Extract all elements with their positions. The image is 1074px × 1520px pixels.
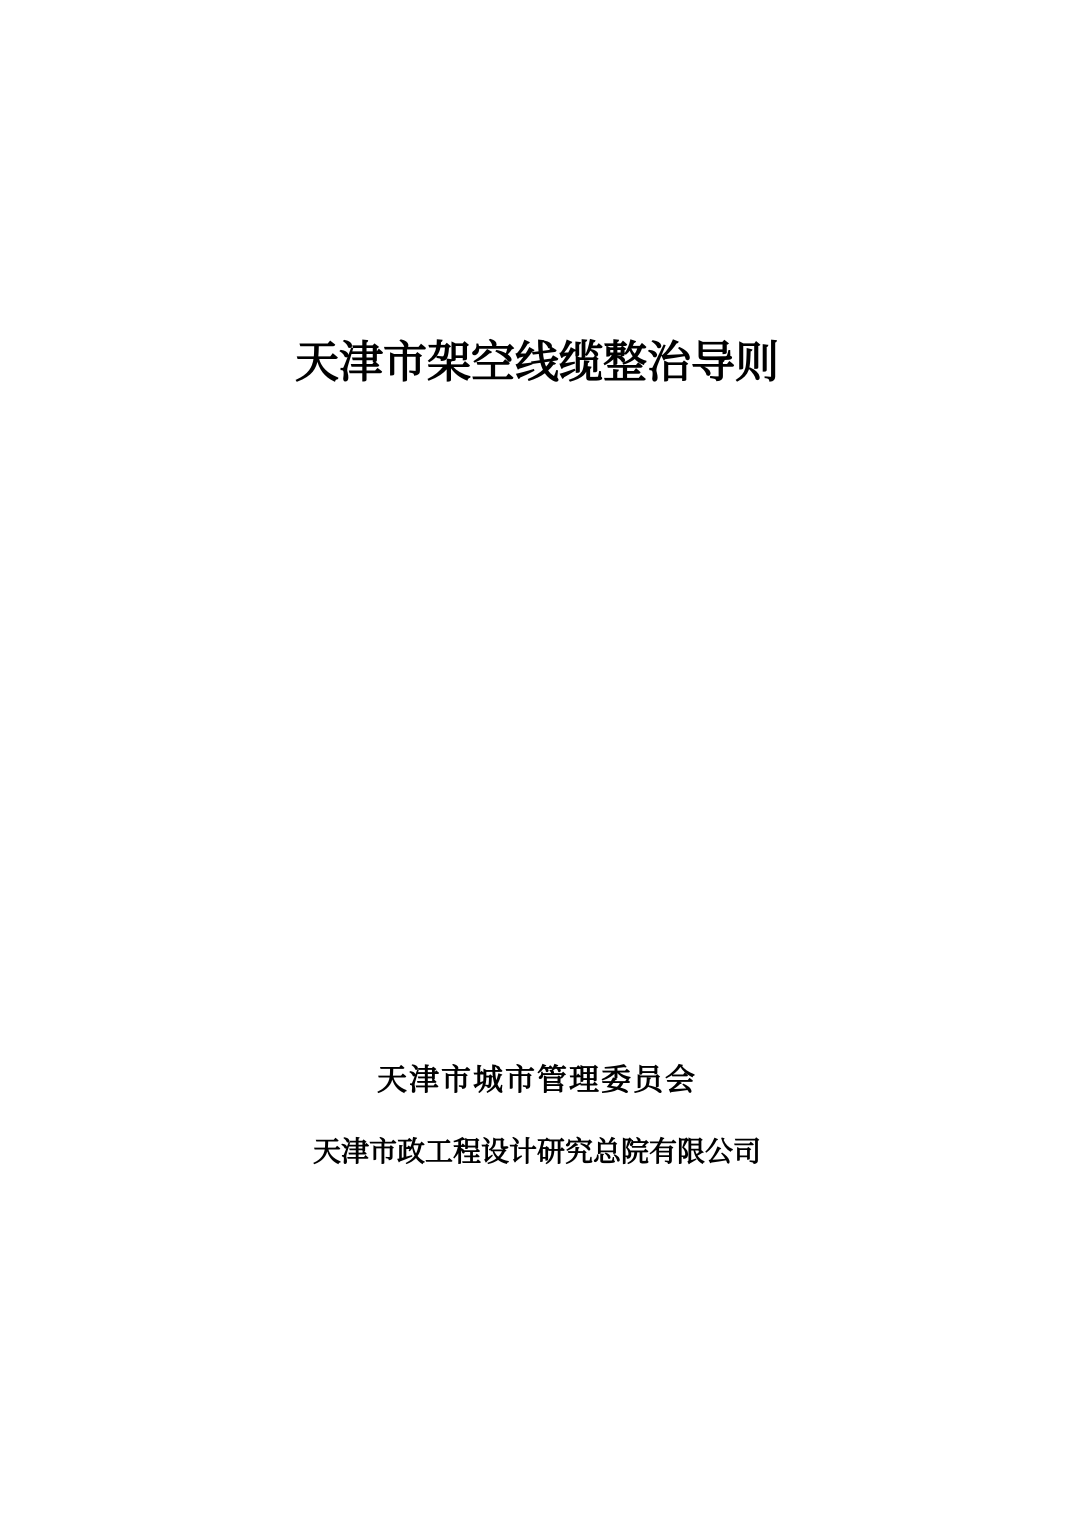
organization-name-secondary: 天津市政工程设计研究总院有限公司	[0, 1138, 1074, 1166]
document-page: 天津市架空线缆整治导则 天津市城市管理委员会 天津市政工程设计研究总院有限公司	[0, 0, 1074, 1520]
document-title: 天津市架空线缆整治导则	[0, 341, 1074, 385]
organization-name-primary: 天津市城市管理委员会	[0, 1066, 1074, 1096]
